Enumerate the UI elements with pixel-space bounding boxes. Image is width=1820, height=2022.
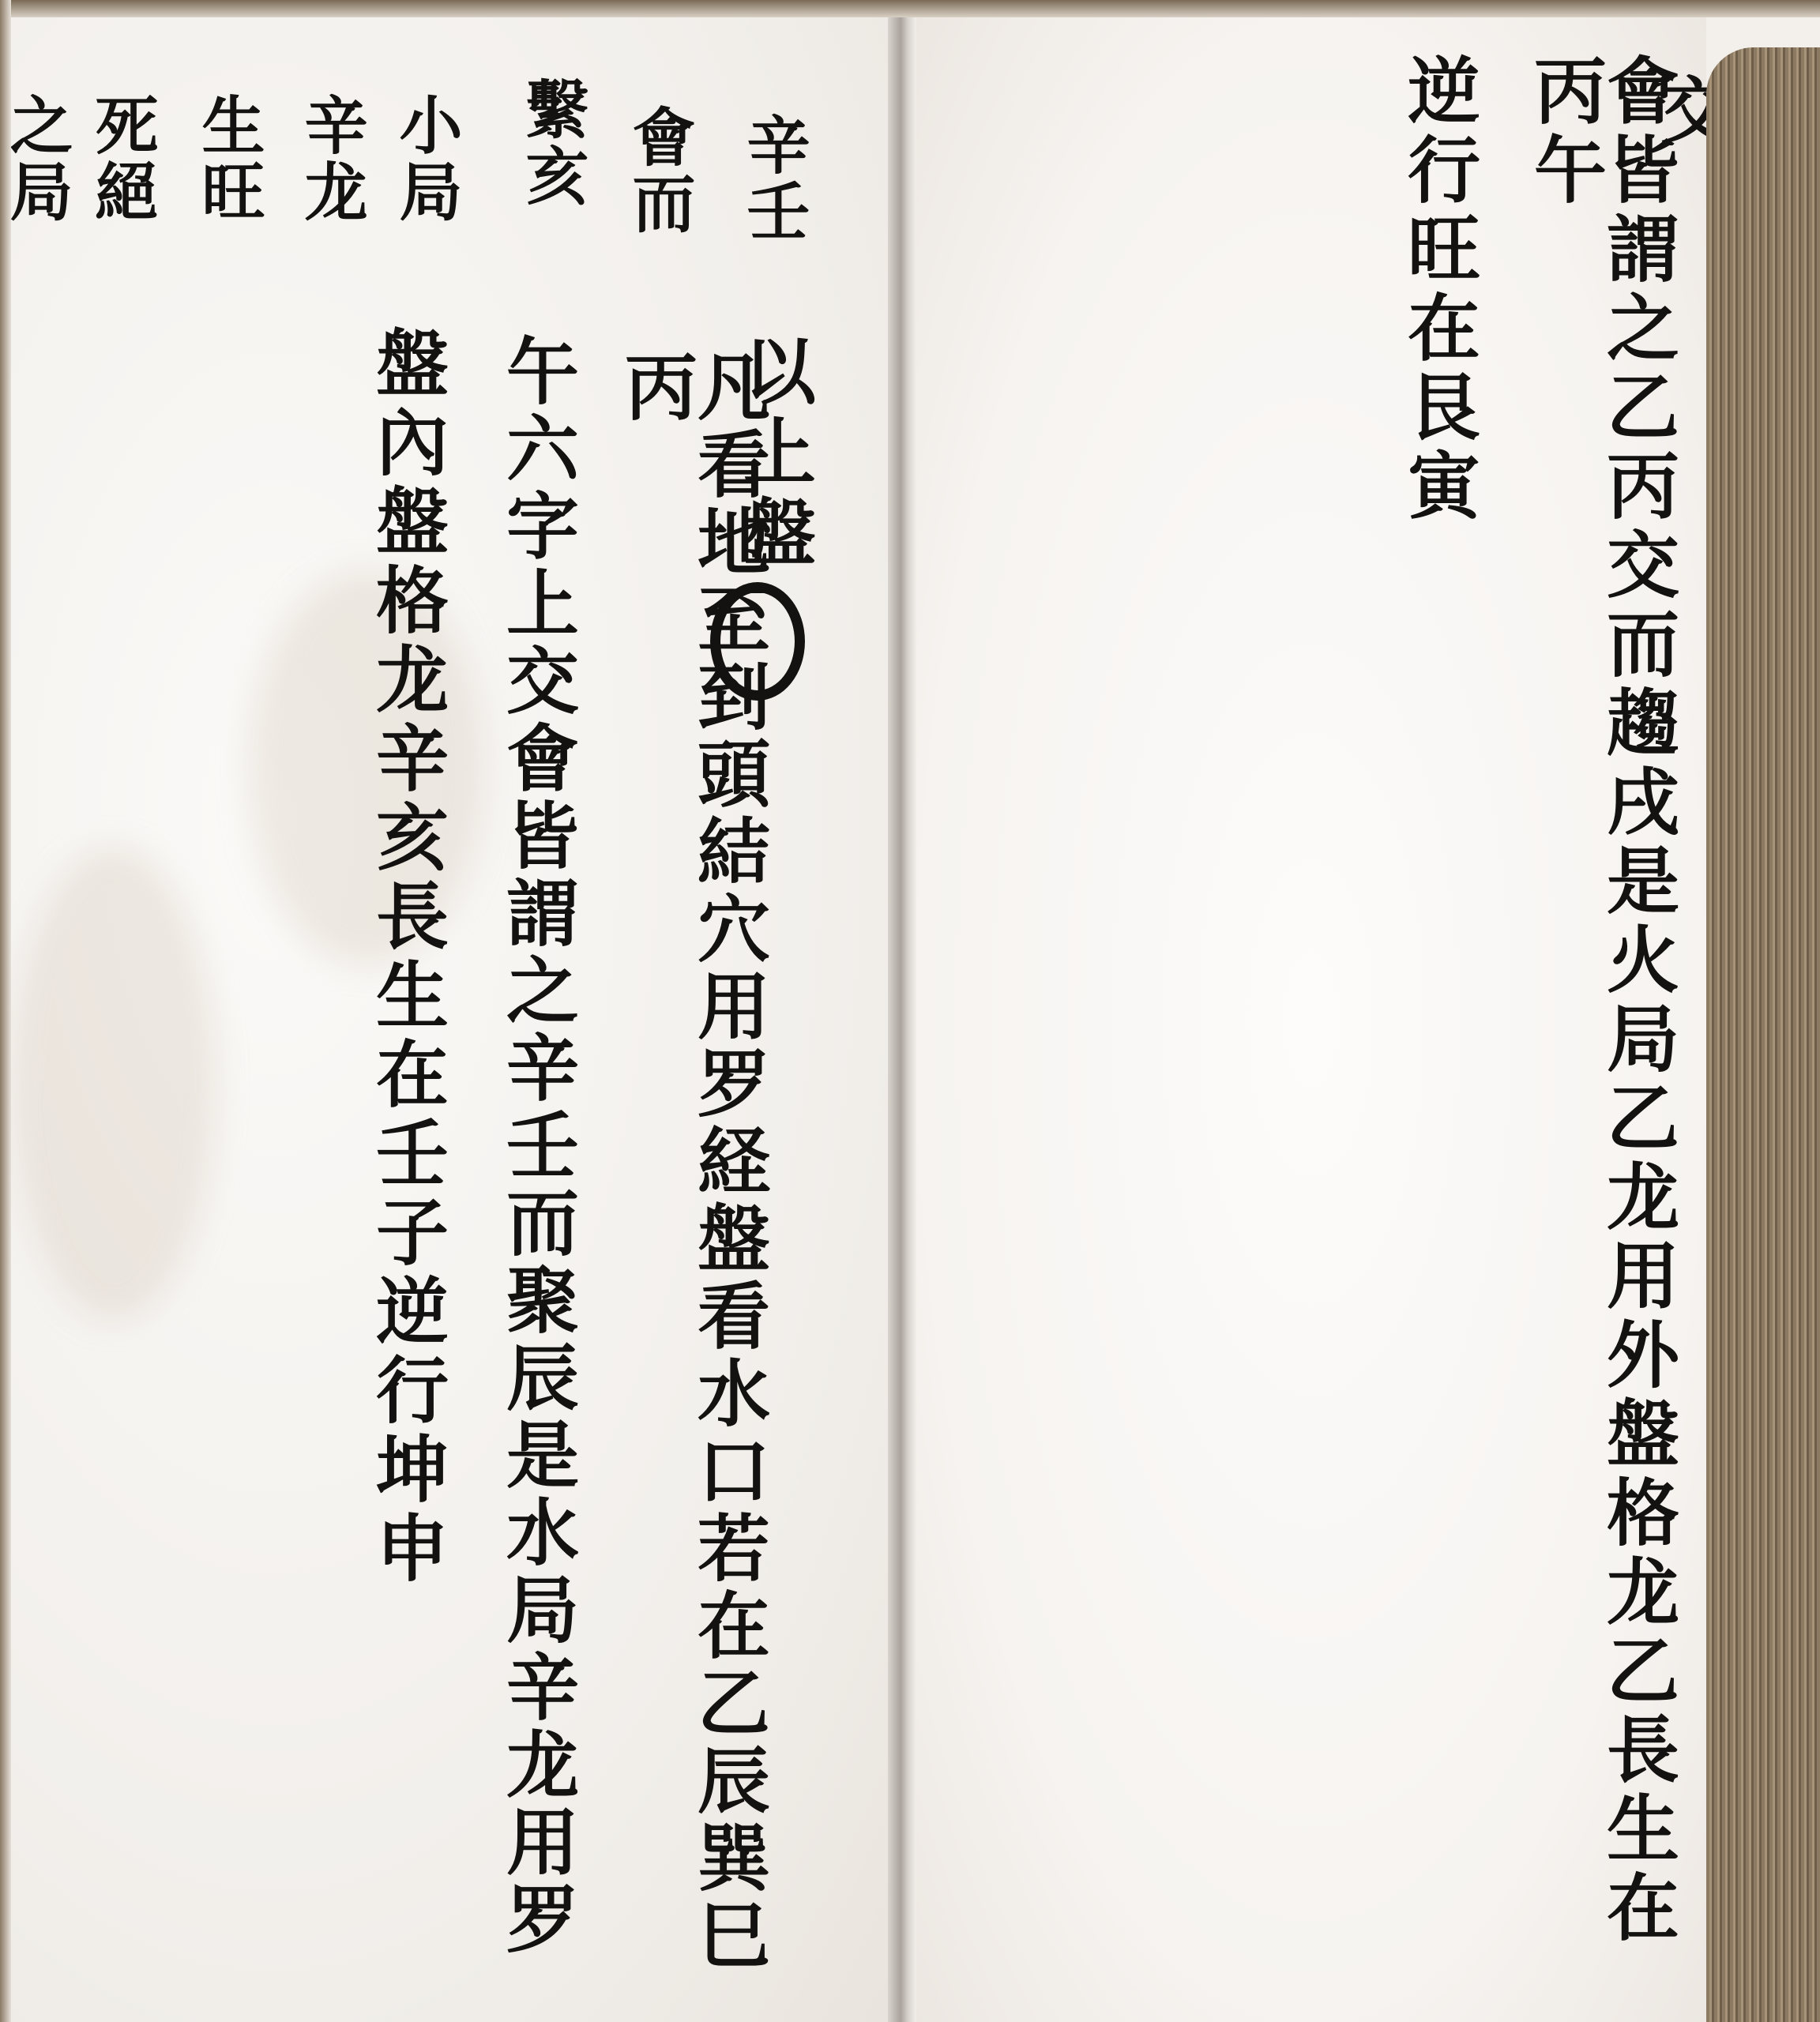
body-column-2: 凡看地至到頭結穴用罗経盤看水口若在乙辰巽巳丙: [619, 349, 765, 2022]
heading-column-8: 之局: [5, 92, 68, 225]
right-column-3: 逆行旺在艮寅: [1402, 53, 1475, 527]
heading-column-3: 繫亥: [521, 77, 584, 209]
heading-column-5: 辛龙: [299, 92, 363, 225]
book-fore-edge: [1706, 47, 1820, 2022]
body-column-4: 盤內盤格龙辛亥長生在壬子逆行坤申: [370, 325, 443, 1589]
right-column-2: 會皆謂之乙丙交而趨戌是火局乙龙用外盤格龙乙長生在丙午: [1529, 53, 1674, 2022]
paper-stain: [11, 847, 216, 1321]
book-gutter: [888, 17, 916, 2022]
body-column-3: 午六字上交會皆謂之辛壬而聚辰是水局辛龙用罗: [501, 333, 573, 1959]
heading-column-4: 小局: [394, 92, 457, 225]
heading-column-6: 生旺: [197, 92, 260, 225]
manuscript-spread: 辛壬 會而 繫亥 小局 辛龙 生旺 死絕 之局 以上盤 凡看地至到頭結穴用罗経盤…: [0, 0, 1820, 2022]
heading-column-2: 會而: [627, 104, 690, 237]
book-left-edge: [0, 0, 11, 2022]
heading-column-1: 辛壬: [742, 112, 805, 245]
book-top-edge: [0, 0, 1820, 17]
left-page: 辛壬 會而 繫亥 小局 辛龙 生旺 死絕 之局 以上盤 凡看地至到頭結穴用罗経盤…: [11, 17, 888, 2022]
right-page: 凡看地至到頭結穴需罗経外盤看水口若辛戌乾亥壬子六字交 會皆謂之乙丙交而趨戌是火局…: [916, 17, 1706, 2022]
heading-column-7: 死絕: [90, 92, 153, 225]
